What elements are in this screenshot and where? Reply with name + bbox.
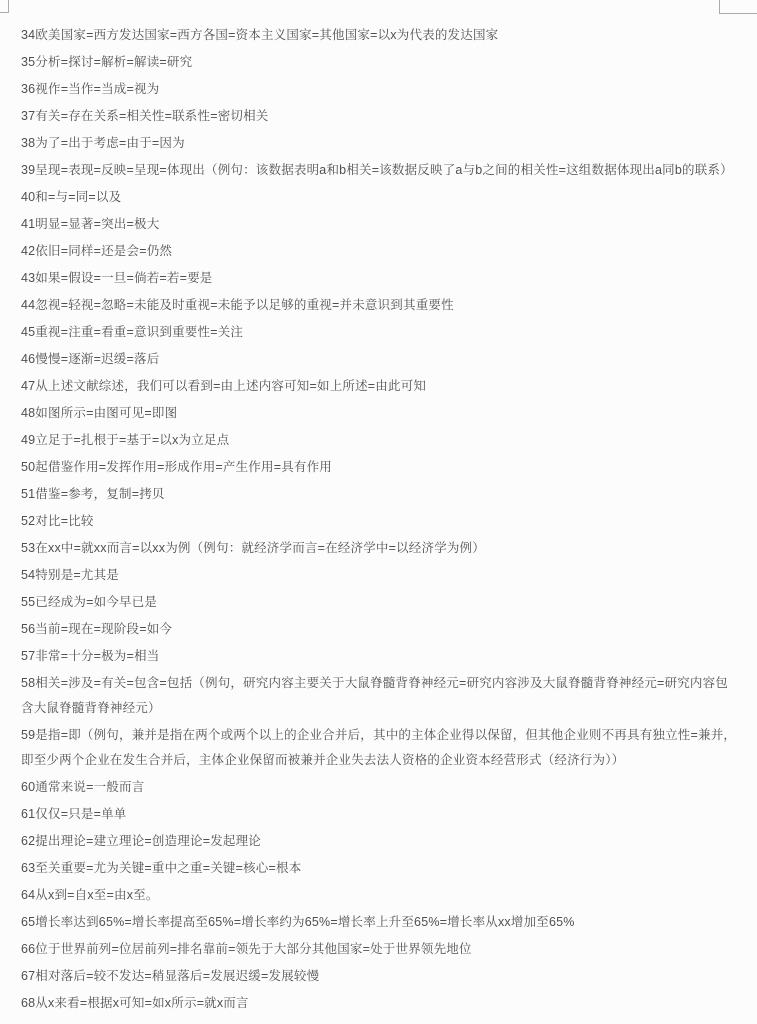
list-item: 42依旧=同样=还是会=仍然 <box>21 239 737 264</box>
list-item: 49立足于=扎根于=基于=以x为立足点 <box>21 428 737 453</box>
list-item: 43如果=假设=一旦=倘若=若=要是 <box>21 266 737 291</box>
list-item: 39呈现=表现=反映=呈现=体现出（例句：该数据表明a和b相关=该数据反映了a与… <box>21 158 737 183</box>
list-item: 34欧美国家=西方发达国家=西方各国=资本主义国家=其他国家=以x为代表的发达国… <box>21 23 737 48</box>
list-item: 63至关重要=尤为关键=重中之重=关键=核心=根本 <box>21 856 737 881</box>
list-item: 51借鉴=参考，复制=拷贝 <box>21 482 737 507</box>
list-item: 61仅仅=只是=单单 <box>21 802 737 827</box>
synonym-list: 34欧美国家=西方发达国家=西方各国=资本主义国家=其他国家=以x为代表的发达国… <box>21 23 737 1018</box>
list-item: 58相关=涉及=有关=包含=包括（例句，研究内容主要关于大鼠脊髓背脊神经元=研究… <box>21 671 737 721</box>
document-page: 34欧美国家=西方发达国家=西方各国=资本主义国家=其他国家=以x为代表的发达国… <box>0 0 757 1024</box>
list-item: 41明显=显著=突出=极大 <box>21 212 737 237</box>
list-item: 35分析=探讨=解析=解读=研究 <box>21 50 737 75</box>
list-item: 67相对落后=较不发达=稍显落后=发展迟缓=发展较慢 <box>21 964 737 989</box>
list-item: 45重视=注重=看重=意识到重要性=关注 <box>21 320 737 345</box>
list-item: 56当前=现在=现阶段=如今 <box>21 617 737 642</box>
list-item: 47从上述文献综述，我们可以看到=由上述内容可知=如上所述=由此可知 <box>21 374 737 399</box>
list-item: 36视作=当作=当成=视为 <box>21 77 737 102</box>
list-item: 50起借鉴作用=发挥作用=形成作用=产生作用=具有作用 <box>21 455 737 480</box>
list-item: 59是指=即（例句，兼并是指在两个或两个以上的企业合并后，其中的主体企业得以保留… <box>21 723 737 773</box>
crop-mark-top-left-icon <box>0 0 9 13</box>
list-item: 53在xx中=就xx而言=以xx为例（例句：就经济学而言=在经济学中=以经济学为… <box>21 536 737 561</box>
crop-mark-top-right-icon <box>719 0 757 14</box>
list-item: 40和=与=同=以及 <box>21 185 737 210</box>
list-item: 54特别是=尤其是 <box>21 563 737 588</box>
list-item: 44忽视=轻视=忽略=未能及时重视=未能予以足够的重视=并未意识到其重要性 <box>21 293 737 318</box>
list-item: 37有关=存在关系=相关性=联系性=密切相关 <box>21 104 737 129</box>
list-item: 65增长率达到65%=增长率提高至65%=增长率约为65%=增长率上升至65%=… <box>21 910 737 935</box>
list-item: 60通常来说=一般而言 <box>21 775 737 800</box>
list-item: 62提出理论=建立理论=创造理论=发起理论 <box>21 829 737 854</box>
list-item: 52对比=比较 <box>21 509 737 534</box>
list-item: 66位于世界前列=位居前列=排名靠前=领先于大部分其他国家=处于世界领先地位 <box>21 937 737 962</box>
list-item: 38为了=出于考虑=由于=因为 <box>21 131 737 156</box>
list-item: 68从x来看=根据x可知=如x所示=就x而言 <box>21 991 737 1016</box>
list-item: 46慢慢=逐渐=迟缓=落后 <box>21 347 737 372</box>
list-item: 57非常=十分=极为=相当 <box>21 644 737 669</box>
list-item: 48如图所示=由图可见=即图 <box>21 401 737 426</box>
list-item: 64从x到=自x至=由x至。 <box>21 883 737 908</box>
list-item: 55已经成为=如今早已是 <box>21 590 737 615</box>
